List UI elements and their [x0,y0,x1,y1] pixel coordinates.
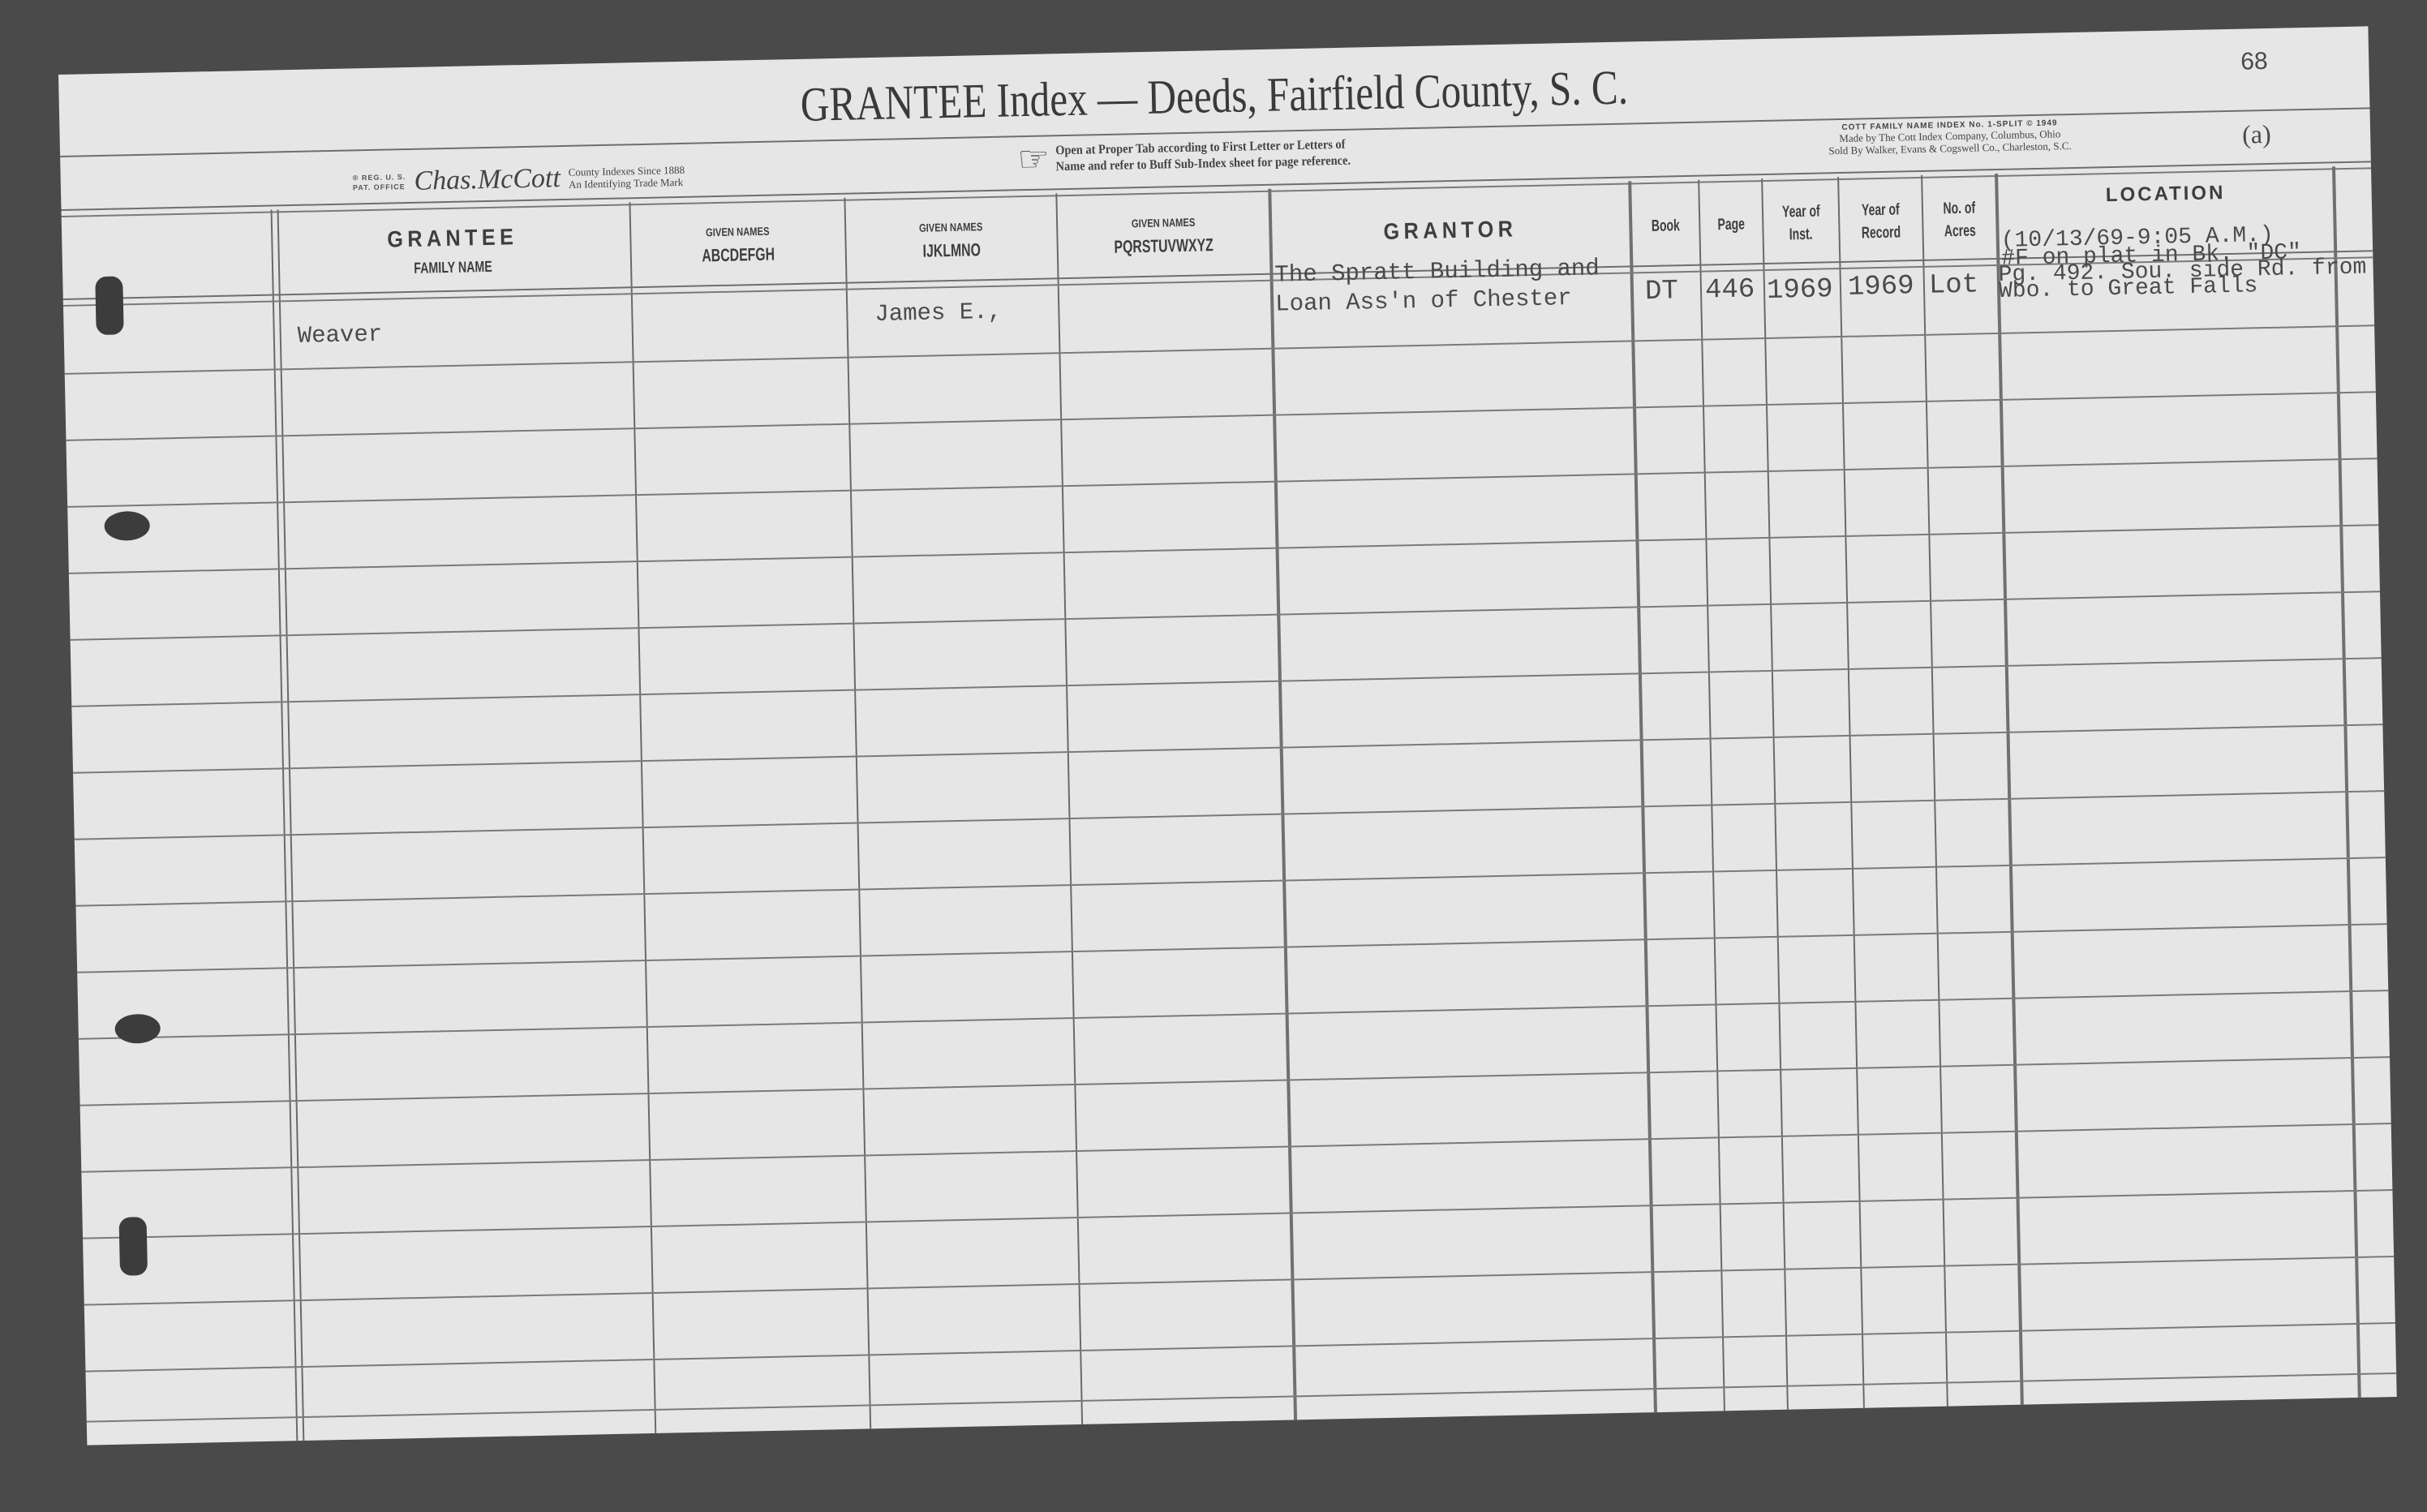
page-label: Page [1717,213,1745,237]
maker-block: COTT FAMILY NAME INDEX No. 1-SPLIT © 194… [1828,118,2072,157]
binder-hole-oblong [119,1217,148,1276]
row-rule [79,990,2388,1039]
given-names-label: GIVEN NAMES [1132,216,1196,230]
cott-signature-logo: Chas.McCott [414,163,561,197]
given-letters: IJKLMNO [922,239,981,261]
acres-line-1: No. of [1943,197,1975,221]
row-rule [71,591,2380,640]
col-header-year-inst: Year of Inst. [1763,182,1839,264]
entry-year-record: 1969 [1848,271,1914,303]
entry-grantor-line-2: Loan Ass'n of Chester [1275,285,1572,318]
row-rule [71,657,2381,707]
year-record-line-2: Record [1862,221,1901,244]
divider-page [1698,180,1725,1411]
trademark-line-2: An Identifying Trade Mark [569,176,685,191]
divider-location [1995,174,2024,1405]
reg-line-2: PAT. OFFICE [353,182,406,192]
grantor-title: GRANTOR [1384,216,1518,244]
divider-given1 [629,202,656,1433]
entry-grantor-line-1: The Spratt Building and [1274,255,1600,288]
year-inst-line-1: Year of [1781,200,1819,224]
acres-line-2: Acres [1944,220,1976,243]
binder-hole-round [114,1014,161,1044]
row-rule [69,524,2378,573]
family-name-label: FAMILY NAME [414,259,492,278]
year-inst-line-2: Inst. [1789,223,1813,247]
page-number: 68 [2240,48,2268,76]
divider-given3 [1055,193,1083,1424]
row-rule [77,923,2386,973]
location-title: LOCATION [2106,182,2226,207]
page-variant: (a) [2242,119,2271,150]
binder-hole-round [104,511,150,541]
col-header-book: Book [1631,185,1699,268]
year-record-line-1: Year of [1862,199,1900,222]
row-rule [75,857,2385,906]
grantee-title: GRANTEE [387,224,518,252]
col-header-page: Page [1699,183,1763,266]
row-rule [85,1322,2395,1372]
row-rule [80,1056,2390,1106]
given-names-label: GIVEN NAMES [706,225,770,239]
given-letters: PQRSTUVWXYZ [1114,234,1213,258]
divider-year-inst [1761,178,1789,1410]
row-rule [81,1123,2390,1172]
col-header-year-record: Year of Record [1839,180,1922,263]
entry-page: 446 [1705,274,1755,306]
row-rule [66,391,2375,440]
entry-book: DT [1645,276,1679,307]
entry-year-inst: 1969 [1767,274,1833,307]
given-letters: ABCDEFGH [702,244,775,267]
row-rule [75,790,2384,840]
index-sheet: GRANTEE Index — Deeds, Fairfield County,… [58,26,2397,1445]
pointing-hand-icon: ☞ [1017,143,1050,176]
col-header-given-ijklmno: GIVEN NAMES IJKLMNO [846,198,1058,283]
divider-year-record [1837,177,1865,1408]
divider-margin [271,209,305,1441]
row-rule [84,1256,2394,1305]
row-rule [83,1189,2392,1239]
row-rule [65,324,2374,374]
col-header-given-pqrstuvwxyz: GIVEN NAMES PQRSTUVWXYZ [1057,194,1269,279]
instruction-block: ☞ Open at Proper Tab according to First … [1017,136,1384,176]
divider-grantor [1268,189,1297,1420]
divider-acres [1921,175,1948,1407]
entry-family-name: Weaver [297,321,382,350]
entry-acres: Lot [1929,269,1979,301]
col-header-grantee: GRANTEE FAMILY NAME [274,207,631,295]
row-rule [67,457,2377,507]
book-label: Book [1652,214,1681,238]
divider-right-margin [2332,166,2361,1398]
col-header-given-abcdefgh: GIVEN NAMES ABCDEFGH [631,203,846,288]
binder-hole-oblong [95,276,124,335]
divider-given2 [844,198,871,1429]
row-rule [87,1372,2396,1422]
given-names-label: GIVEN NAMES [919,220,983,234]
divider-book [1628,181,1657,1412]
entry-given-ijklmno: James E., [874,299,1002,328]
col-header-acres: No. of Acres [1922,178,1996,261]
row-rule [73,724,2382,773]
reg-mark: ® REG. U. S. PAT. OFFICE [353,172,406,192]
entry-location-line-4: Wbo. to Great Falls [1999,273,2258,304]
trademark-block: ® REG. U. S. PAT. OFFICE Chas.McCott Cou… [352,161,685,199]
